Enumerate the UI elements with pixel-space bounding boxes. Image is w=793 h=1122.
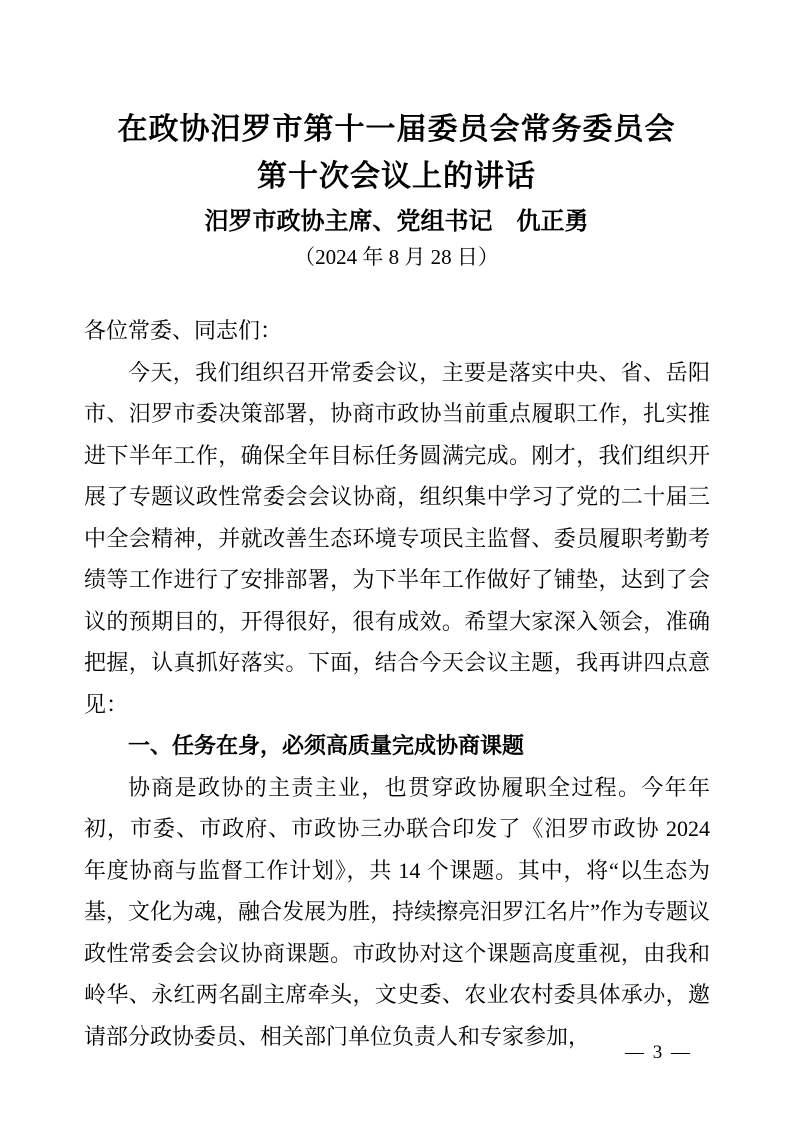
document-title: 在政协汨罗市第十一届委员会常务委员会 第十次会议上的讲话: [64, 106, 729, 200]
salutation: 各位常委、同志们：: [84, 310, 710, 352]
paragraph-1: 今天，我们组织召开常委会议，主要是落实中央、省、岳阳市、汨罗市委决策部署，协商市…: [84, 352, 710, 726]
document-page: 在政协汨罗市第十一届委员会常务委员会 第十次会议上的讲话 汨罗市政协主席、党组书…: [0, 0, 793, 1122]
date-line: （2024 年 8 月 28 日）: [0, 242, 793, 273]
section-1-heading: 一、任务在身，必须高质量完成协商课题: [84, 725, 710, 767]
title-line-1: 在政协汨罗市第十一届委员会常务委员会: [64, 106, 729, 153]
page-number: — 3 —: [625, 1043, 692, 1062]
title-line-2: 第十次会议上的讲话: [64, 153, 729, 200]
author-line: 汨罗市政协主席、党组书记 仇正勇: [0, 205, 793, 239]
paragraph-2: 协商是政协的主责主业，也贯穿政协履职全过程。今年年初，市委、市政府、市政协三办联…: [84, 767, 710, 1058]
document-body: 各位常委、同志们： 今天，我们组织召开常委会议，主要是落实中央、省、岳阳市、汨罗…: [84, 310, 710, 1057]
